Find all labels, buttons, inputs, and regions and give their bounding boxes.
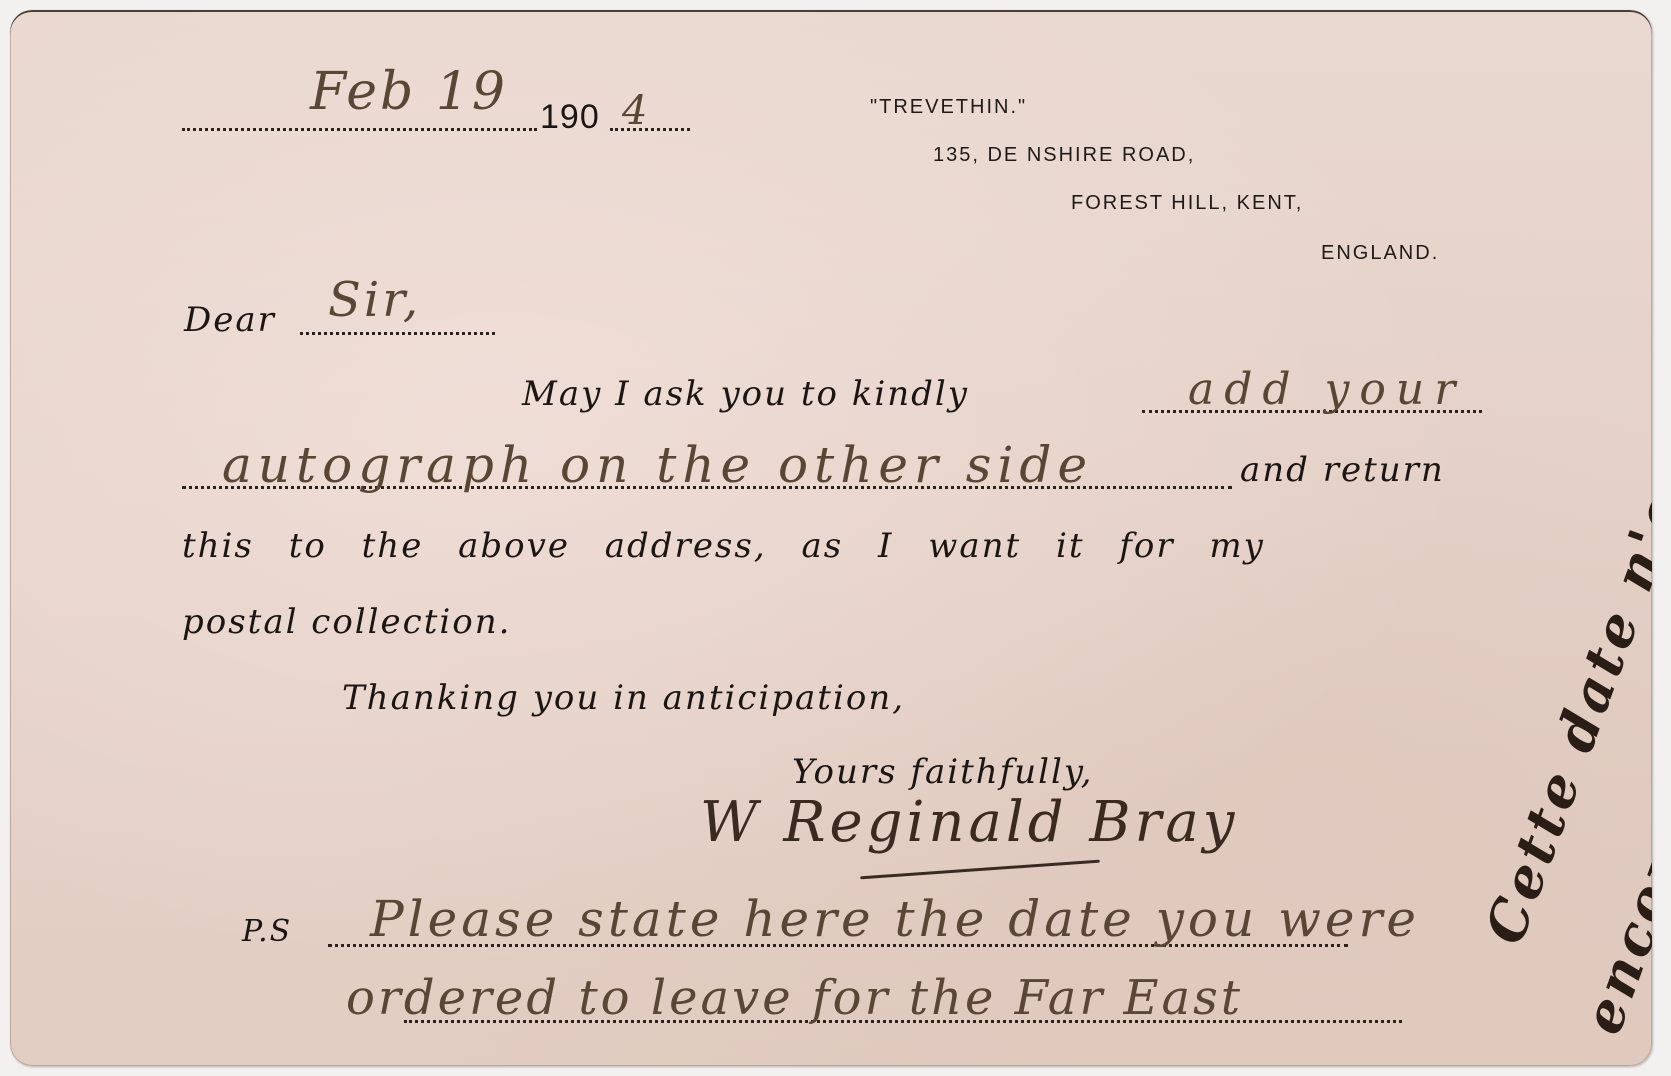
margin-note-column1: Cette date n'est pas: [1472, 292, 1652, 952]
postscript-label: P.S: [242, 914, 292, 949]
postcard: Feb 19 190 4 "TREVETHIN." 135, DE NSHIRE…: [10, 10, 1652, 1066]
letterhead-house-name: "TREVETHIN.": [870, 96, 1027, 119]
body-line4-printed: postal collection.: [182, 602, 511, 642]
closing-thanks: Thanking you in anticipation,: [342, 678, 905, 718]
postscript-line1-handwritten: Please state here the date you were: [370, 890, 1420, 948]
date-dotted-line: [182, 128, 537, 131]
salutation-handwritten: Sir,: [328, 272, 421, 328]
letterhead-town: FOREST HILL, KENT,: [1071, 192, 1303, 215]
body-line2-printed: and return: [1240, 450, 1445, 490]
body-line2-handwritten: autograph on the other side: [222, 436, 1093, 494]
date-printed-year-prefix: 190: [540, 98, 600, 137]
signature-underline-stroke: [860, 860, 1100, 880]
letterhead-country: ENGLAND.: [1321, 242, 1439, 265]
date-handwritten: Feb 19: [310, 62, 508, 122]
date-handwritten-year-digit: 4: [622, 88, 650, 134]
salutation-dotted-line: [300, 332, 495, 335]
body-line1-printed: May I ask you to kindly: [522, 374, 969, 414]
postscript-line2-handwritten: ordered to leave for the Far East: [346, 970, 1243, 1026]
salutation-printed: Dear: [184, 300, 276, 340]
closing-valediction: Yours faithfully,: [792, 752, 1093, 792]
body-line3-printed: this to the above address, as I want it …: [182, 526, 1265, 566]
body-line1-handwritten: add your: [1188, 364, 1465, 415]
letterhead-street: 135, DE NSHIRE ROAD,: [933, 144, 1195, 167]
signature: W Reginald Bray: [700, 790, 1238, 855]
